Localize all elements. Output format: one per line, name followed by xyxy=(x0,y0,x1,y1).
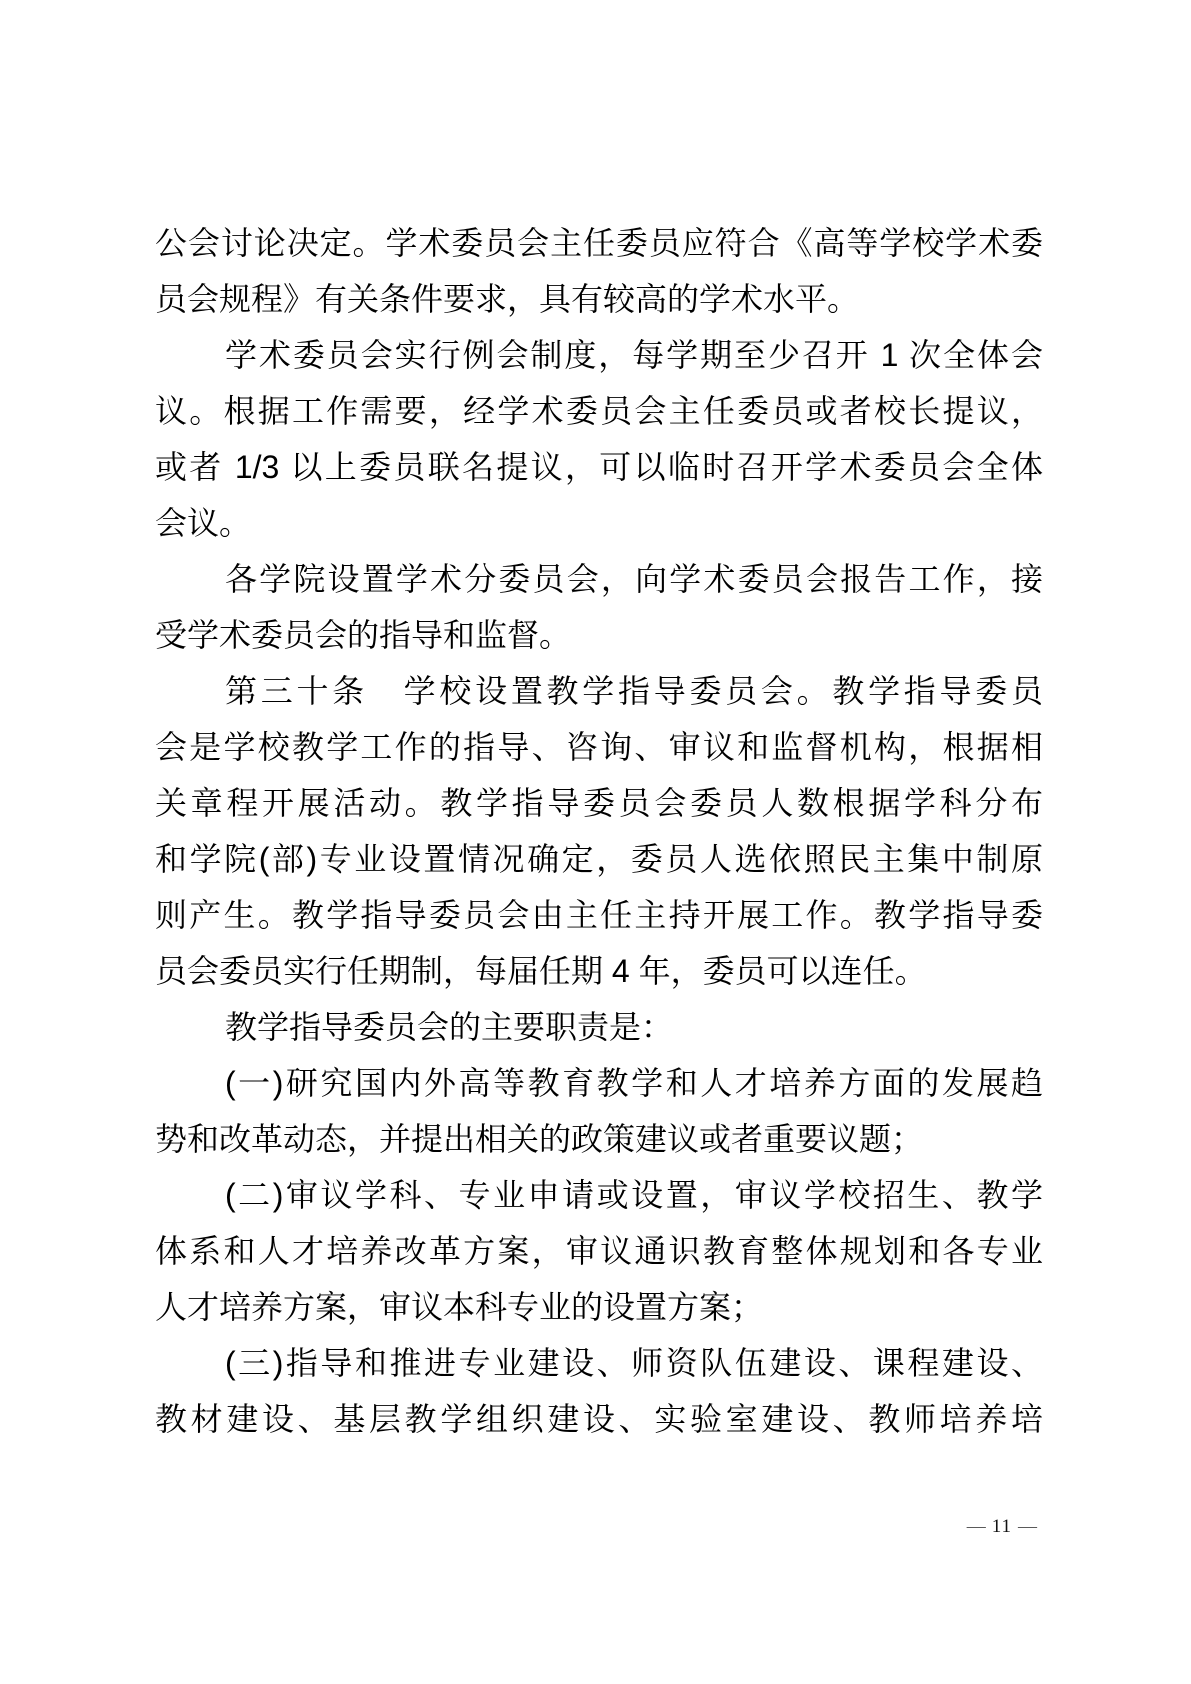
list-item-2-line: (二)审议学科、专业申请或设置，审议学校招生、教学 xyxy=(155,1167,1043,1223)
text-line: 关章程开展活动。教学指导委员会委员人数根据学科分布 xyxy=(155,775,1043,831)
text-line: 议。根据工作需要，经学术委员会主任委员或者校长提议， xyxy=(155,383,1043,439)
text-line: 势和改革动态，并提出相关的政策建议或者重要议题； xyxy=(155,1111,1043,1167)
text-line: 会是学校教学工作的指导、咨询、审议和监督机构，根据相 xyxy=(155,719,1043,775)
text-line: 员会委员实行任期制，每届任期 4 年，委员可以连任。 xyxy=(155,943,1043,999)
text-line: 公会讨论决定。学术委员会主任委员应符合《高等学校学术委 xyxy=(155,215,1043,271)
article-30-heading-line: 第三十条 学校设置教学指导委员会。教学指导委员 xyxy=(155,663,1043,719)
list-item-3-line: (三)指导和推进专业建设、师资队伍建设、课程建设、 xyxy=(155,1335,1043,1391)
text-line: 体系和人才培养改革方案，审议通识教育整体规划和各专业 xyxy=(155,1223,1043,1279)
document-page: 公会讨论决定。学术委员会主任委员应符合《高等学校学术委 员会规程》有关条件要求，… xyxy=(0,0,1191,1684)
text-line: 教学指导委员会的主要职责是： xyxy=(155,999,1043,1055)
footer-page-number: 11 xyxy=(992,1516,1012,1537)
footer-dash-right: — xyxy=(1018,1516,1037,1537)
text-line: 会议。 xyxy=(155,495,1043,551)
footer-dash-left: — xyxy=(967,1516,986,1537)
text-line: 各学院设置学术分委员会，向学术委员会报告工作，接 xyxy=(155,551,1043,607)
text-line: 或者 1/3 以上委员联名提议，可以临时召开学术委员会全体 xyxy=(155,439,1043,495)
text-line: 受学术委员会的指导和监督。 xyxy=(155,607,1043,663)
text-line: 教材建设、基层教学组织建设、实验室建设、教师培养培 xyxy=(155,1391,1043,1447)
text-line: 员会规程》有关条件要求，具有较高的学术水平。 xyxy=(155,271,1043,327)
list-item-1-line: (一)研究国内外高等教育教学和人才培养方面的发展趋 xyxy=(155,1055,1043,1111)
document-body: 公会讨论决定。学术委员会主任委员应符合《高等学校学术委 员会规程》有关条件要求，… xyxy=(155,215,1043,1447)
text-line: 则产生。教学指导委员会由主任主持开展工作。教学指导委 xyxy=(155,887,1043,943)
text-line: 和学院(部)专业设置情况确定，委员人选依照民主集中制原 xyxy=(155,831,1043,887)
page-footer: —11— xyxy=(155,1515,1043,1539)
text-line: 学术委员会实行例会制度，每学期至少召开 1 次全体会 xyxy=(155,327,1043,383)
text-line: 人才培养方案，审议本科专业的设置方案； xyxy=(155,1279,1043,1335)
